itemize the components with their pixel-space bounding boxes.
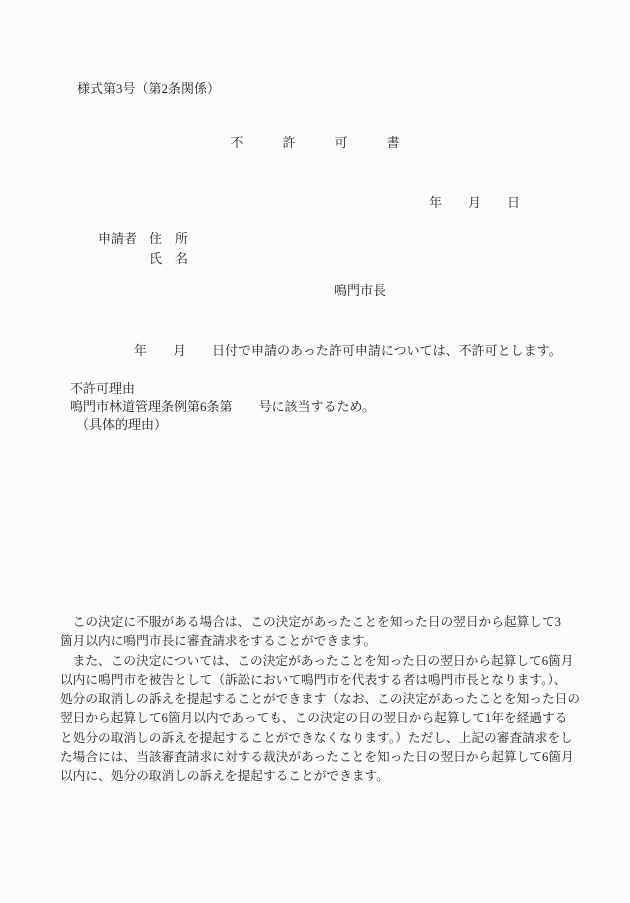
reason-detail-label: （具体的理由） [76,417,167,433]
appeal-notice-line: 以内に鳴門市を被告として（訴訟において鳴門市を代表する者は鳴門市長となります。）… [60,671,580,690]
appeal-notice-line: この決定に不服がある場合は、この決定があったことを知った日の翌日から起算して3 [60,613,580,632]
appeal-notice-line: また、この決定については、この決定があったことを知った日の翌日から起算して6箇月 [60,652,580,671]
applicant-block: 申請者 住 所 氏 名 [98,231,188,266]
applicant-address-label: 住 所 [149,231,188,247]
applicant-label: 申請者 [98,231,137,266]
document-title: 不 許 可 書 [0,135,630,151]
appeal-notice-line: た場合には、当該審査請求に対する裁決があったことを知った日の翌日から起算して6箇… [60,748,580,767]
appeal-notice-line: 箇月以内に鳴門市長に審査請求をすることができます。 [60,632,580,651]
issuer-name: 鳴門市長 [334,283,386,299]
applicant-fields: 住 所 氏 名 [149,231,188,266]
reason-heading: 不許可理由 [70,381,135,397]
appeal-notice: この決定に不服がある場合は、この決定があったことを知った日の翌日から起算して3箇… [60,613,580,787]
appeal-notice-line: と処分の取消しの訴えを提起することができなくなります。）ただし、上記の審査請求を… [60,729,580,748]
form-number: 様式第3号（第2条関係） [77,81,220,97]
issue-date-line: 年 月 日 [429,195,520,211]
appeal-notice-line: 処分の取消しの訴えを提起することができます（なお、この決定があったことを知った日… [60,690,580,709]
document-page: 様式第3号（第2条関係） 不 許 可 書 年 月 日 申請者 住 所 氏 名 鳴… [0,0,630,903]
reason-article-line: 鳴門市林道管理条例第6条第 号に該当するため。 [70,399,375,415]
decision-statement: 年 月 日付で申請のあった許可申請については、不許可とします。 [134,343,562,359]
appeal-notice-line: 以内に、処分の取消しの訴えを提起することができます。 [60,767,580,786]
appeal-notice-line: 翌日から起算して6箇月以内であっても、この決定の日の翌日から起算して1年を経過す… [60,709,580,728]
applicant-name-label: 氏 名 [149,251,188,267]
